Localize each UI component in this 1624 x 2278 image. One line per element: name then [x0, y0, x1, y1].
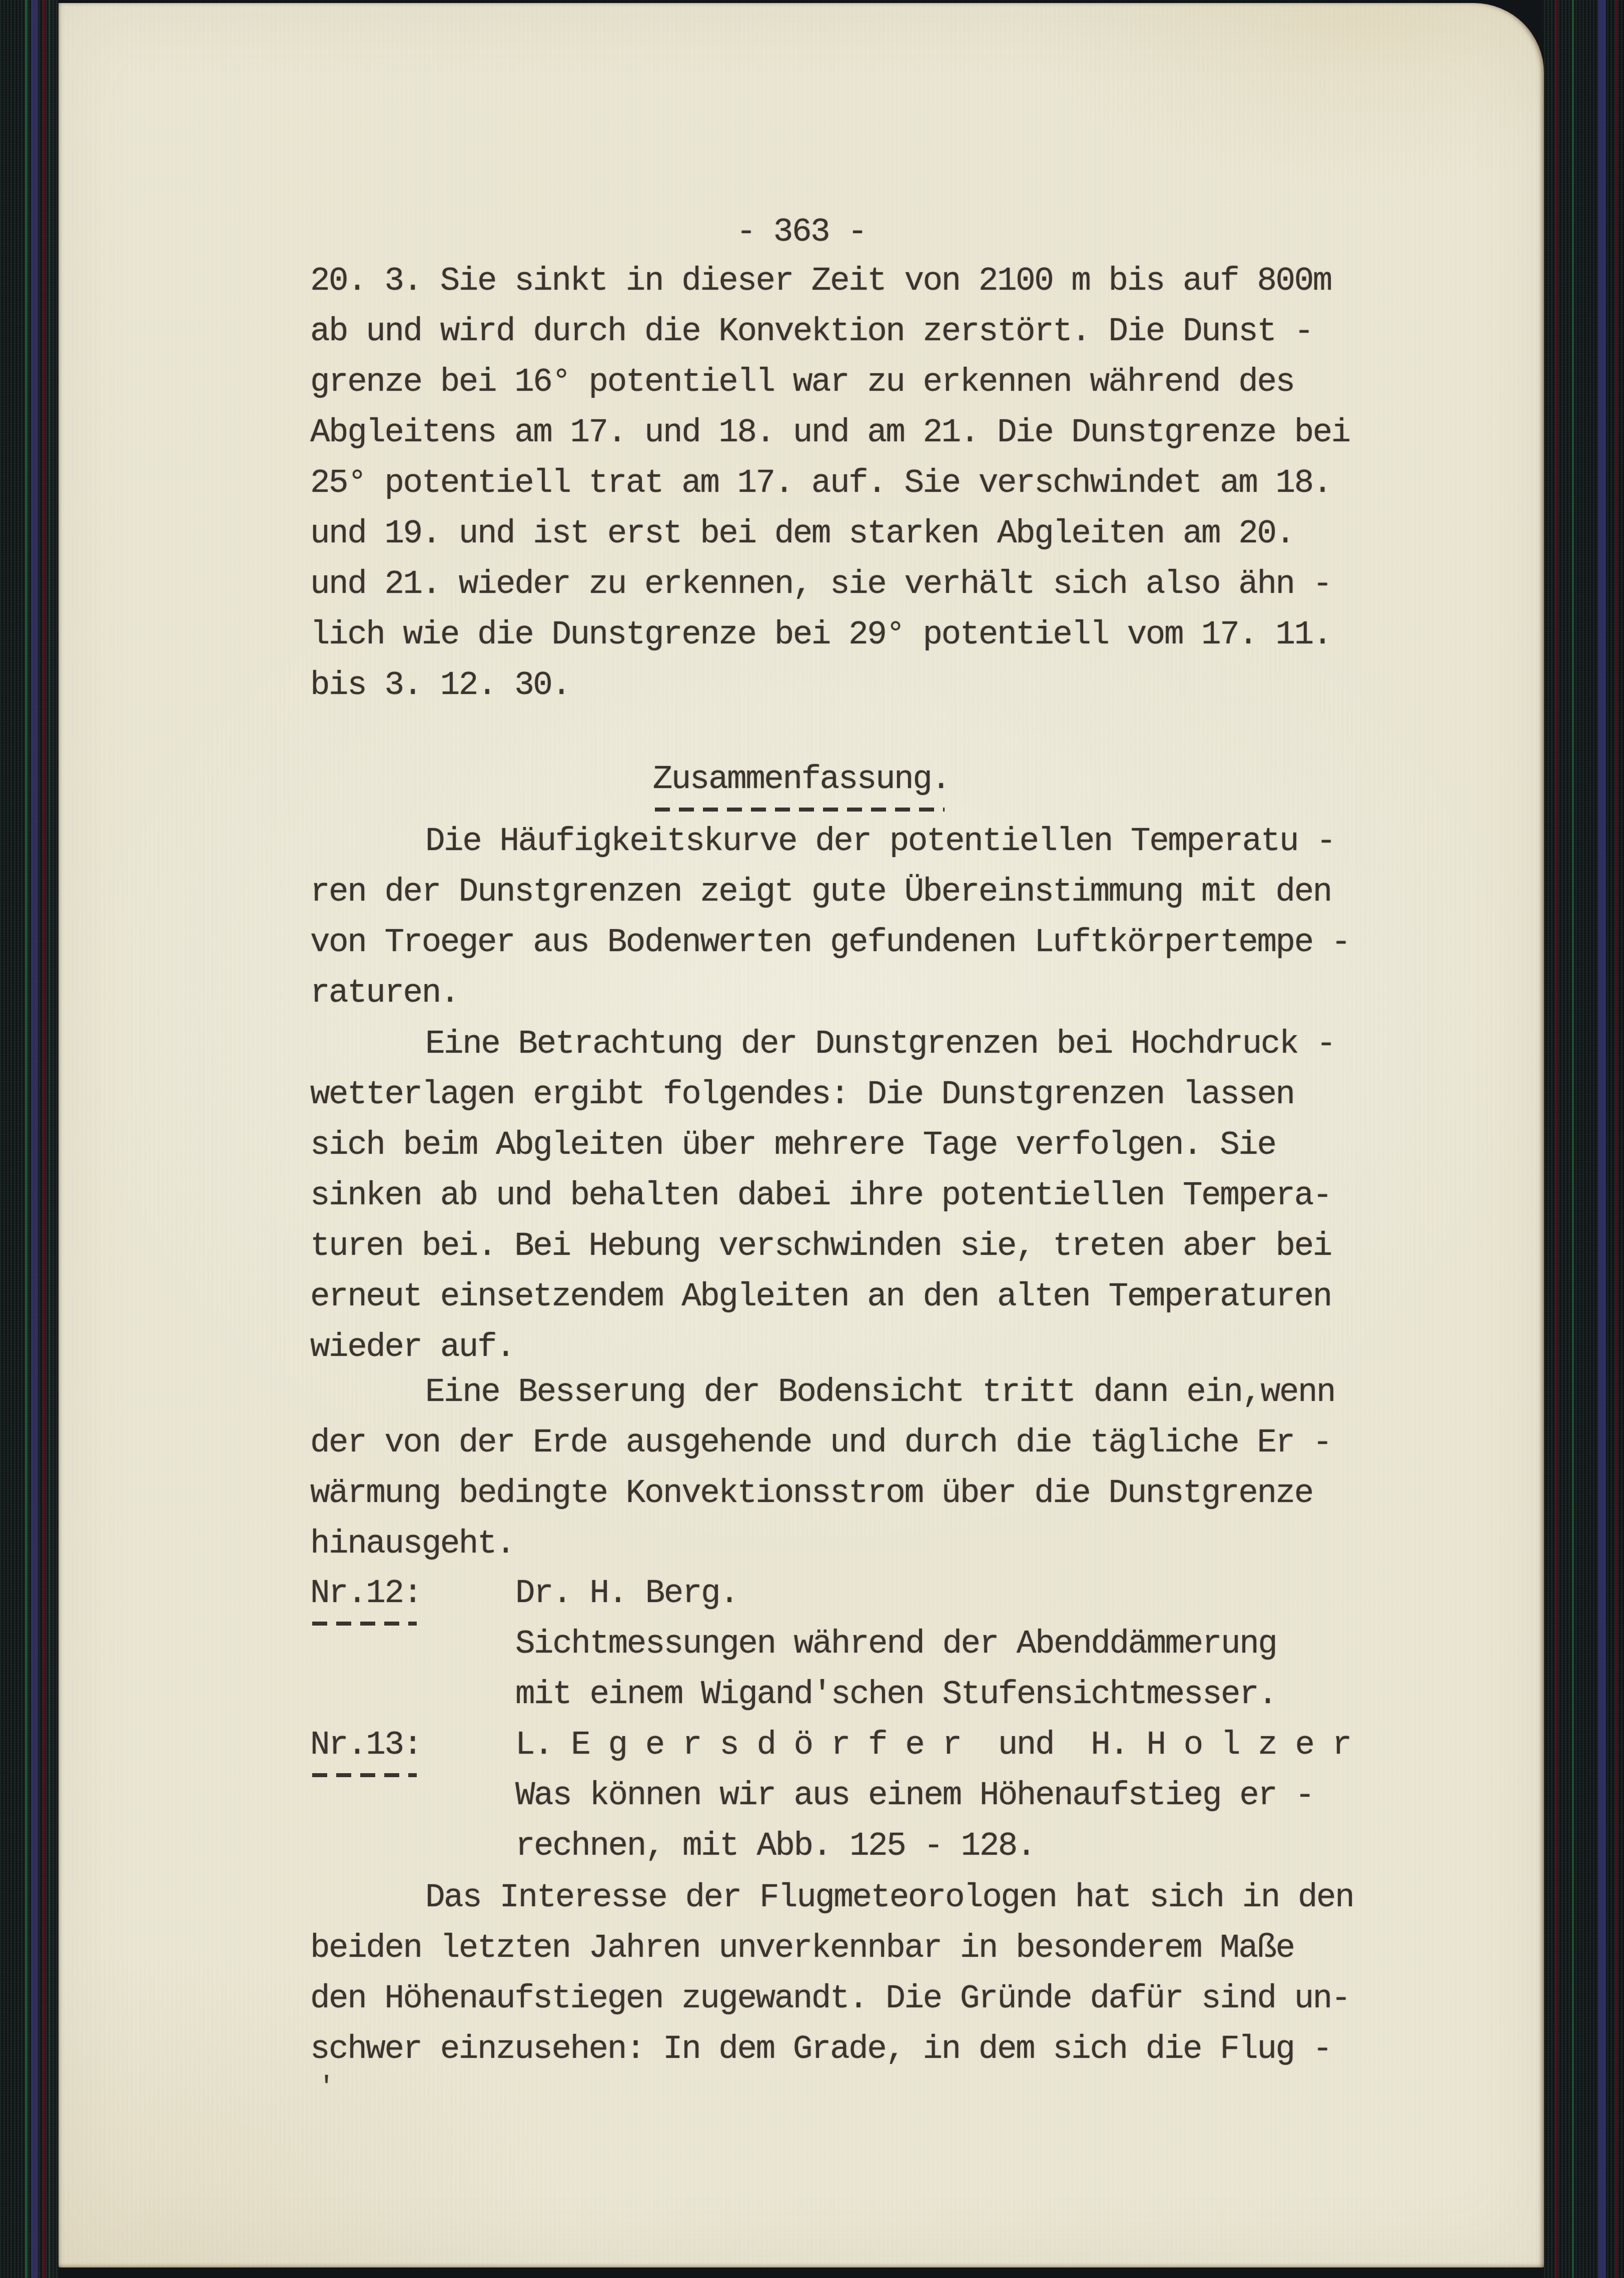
- text-line: Eine Besserung der Bodensicht tritt dann…: [310, 1367, 1335, 1417]
- body-paragraph-3: Eine Betrachtung der Dunstgrenzen bei Ho…: [310, 1019, 1335, 1372]
- text-line: Abgleitens am 17. und 18. und am 21. Die…: [310, 407, 1350, 458]
- reference-entry: Was können wir aus einem Höhenaufstieg e…: [310, 1770, 1351, 1821]
- reference-line: L. E g e r s d ö r f e r und H. H o l z …: [515, 1720, 1351, 1770]
- text-line: wetterlagen ergibt folgendes: Die Dunstg…: [310, 1069, 1335, 1120]
- text-line: beiden letzten Jahren unverkennbar in be…: [310, 1923, 1353, 1973]
- body-paragraph-1: 20. 3. Sie sinkt in dieser Zeit von 2100…: [310, 256, 1350, 710]
- text-line: ab und wird durch die Konvektion zerstör…: [310, 306, 1350, 357]
- reference-line: Was können wir aus einem Höhenaufstieg e…: [515, 1770, 1351, 1821]
- text-line: turen bei. Bei Hebung verschwinden sie, …: [310, 1221, 1335, 1271]
- text-line: und 21. wieder zu erkennen, sie verhält …: [310, 559, 1350, 609]
- reference-entry: Nr.13: L. E g e r s d ö r f e r und H. H…: [310, 1720, 1351, 1770]
- text-line: Das Interesse der Flugmeteorologen hat s…: [310, 1872, 1353, 1923]
- body-paragraph-4: Eine Besserung der Bodensicht tritt dann…: [310, 1367, 1335, 1569]
- scanner-edge-left: [0, 0, 59, 2278]
- section-heading-wrap: Zusammenfassung.: [59, 760, 1544, 800]
- text-line: raturen.: [310, 968, 1350, 1018]
- text-line: den Höhenaufstiegen zugewandt. Die Gründ…: [310, 1973, 1353, 2024]
- reference-entry: rechnen, mit Abb. 125 - 128.: [310, 1821, 1351, 1871]
- reference-line: Sichtmessungen während der Abenddämmerun…: [515, 1619, 1351, 1669]
- text-line: 20. 3. Sie sinkt in dieser Zeit von 2100…: [310, 256, 1350, 306]
- text-line: wärmung bedingte Konvektionsstrom über d…: [310, 1468, 1335, 1518]
- text-line: sinken ab und behalten dabei ihre potent…: [310, 1170, 1335, 1221]
- body-paragraph-5: Das Interesse der Flugmeteorologen hat s…: [310, 1872, 1353, 2074]
- reference-line: mit einem Wigand'schen Stufensichtmesser…: [515, 1669, 1351, 1720]
- section-heading: Zusammenfassung.: [653, 760, 950, 800]
- text-line: hinausgeht.: [310, 1518, 1335, 1569]
- scanner-edge-right: [1544, 0, 1624, 2278]
- text-line: lich wie die Dunstgrenze bei 29° potenti…: [310, 609, 1350, 660]
- page-number: - 363 -: [59, 212, 1544, 252]
- reference-line: rechnen, mit Abb. 125 - 128.: [515, 1821, 1351, 1871]
- paper-sheet: - 363 - 20. 3. Sie sinkt in dieser Zeit …: [59, 3, 1544, 2267]
- text-line: von Troeger aus Bodenwerten gefundenen L…: [310, 917, 1350, 968]
- text-line: Eine Betrachtung der Dunstgrenzen bei Ho…: [310, 1019, 1335, 1069]
- reference-list: Nr.12: Dr. H. Berg. Sichtmessungen währe…: [310, 1568, 1351, 1871]
- text-line: schwer einzusehen: In dem Grade, in dem …: [310, 2024, 1353, 2074]
- reference-number: Nr.13:: [310, 1720, 515, 1770]
- text-line: sich beim Abgleiten über mehrere Tage ve…: [310, 1120, 1335, 1170]
- text-line: wieder auf.: [310, 1322, 1335, 1372]
- scanned-page: - 363 - 20. 3. Sie sinkt in dieser Zeit …: [0, 0, 1624, 2278]
- reference-line: Dr. H. Berg.: [515, 1568, 1351, 1619]
- reference-entry: mit einem Wigand'schen Stufensichtmesser…: [310, 1669, 1351, 1720]
- reference-number-label: Nr.12:: [310, 1574, 422, 1614]
- text-line: Die Häufigkeitskurve der potentiellen Te…: [310, 816, 1350, 867]
- text-line: und 19. und ist erst bei dem starken Abg…: [310, 508, 1350, 559]
- text-line: 25° potentiell trat am 17. auf. Sie vers…: [310, 458, 1350, 508]
- text-line: grenze bei 16° potentiell war zu erkenne…: [310, 357, 1350, 407]
- text-line: erneut einsetzendem Abgleiten an den alt…: [310, 1271, 1335, 1322]
- reference-entry: Nr.12: Dr. H. Berg.: [310, 1568, 1351, 1619]
- body-paragraph-2: Die Häufigkeitskurve der potentiellen Te…: [310, 816, 1350, 1018]
- stray-ink-mark: ': [319, 2074, 334, 2100]
- reference-entry: Sichtmessungen während der Abenddämmerun…: [310, 1619, 1351, 1669]
- text-line: ren der Dunstgrenzen zeigt gute Übereins…: [310, 867, 1350, 917]
- reference-number-label: Nr.13:: [310, 1725, 422, 1765]
- text-line: bis 3. 12. 30.: [310, 660, 1350, 710]
- text-line: der von der Erde ausgehende und durch di…: [310, 1417, 1335, 1468]
- reference-number: Nr.12:: [310, 1568, 515, 1619]
